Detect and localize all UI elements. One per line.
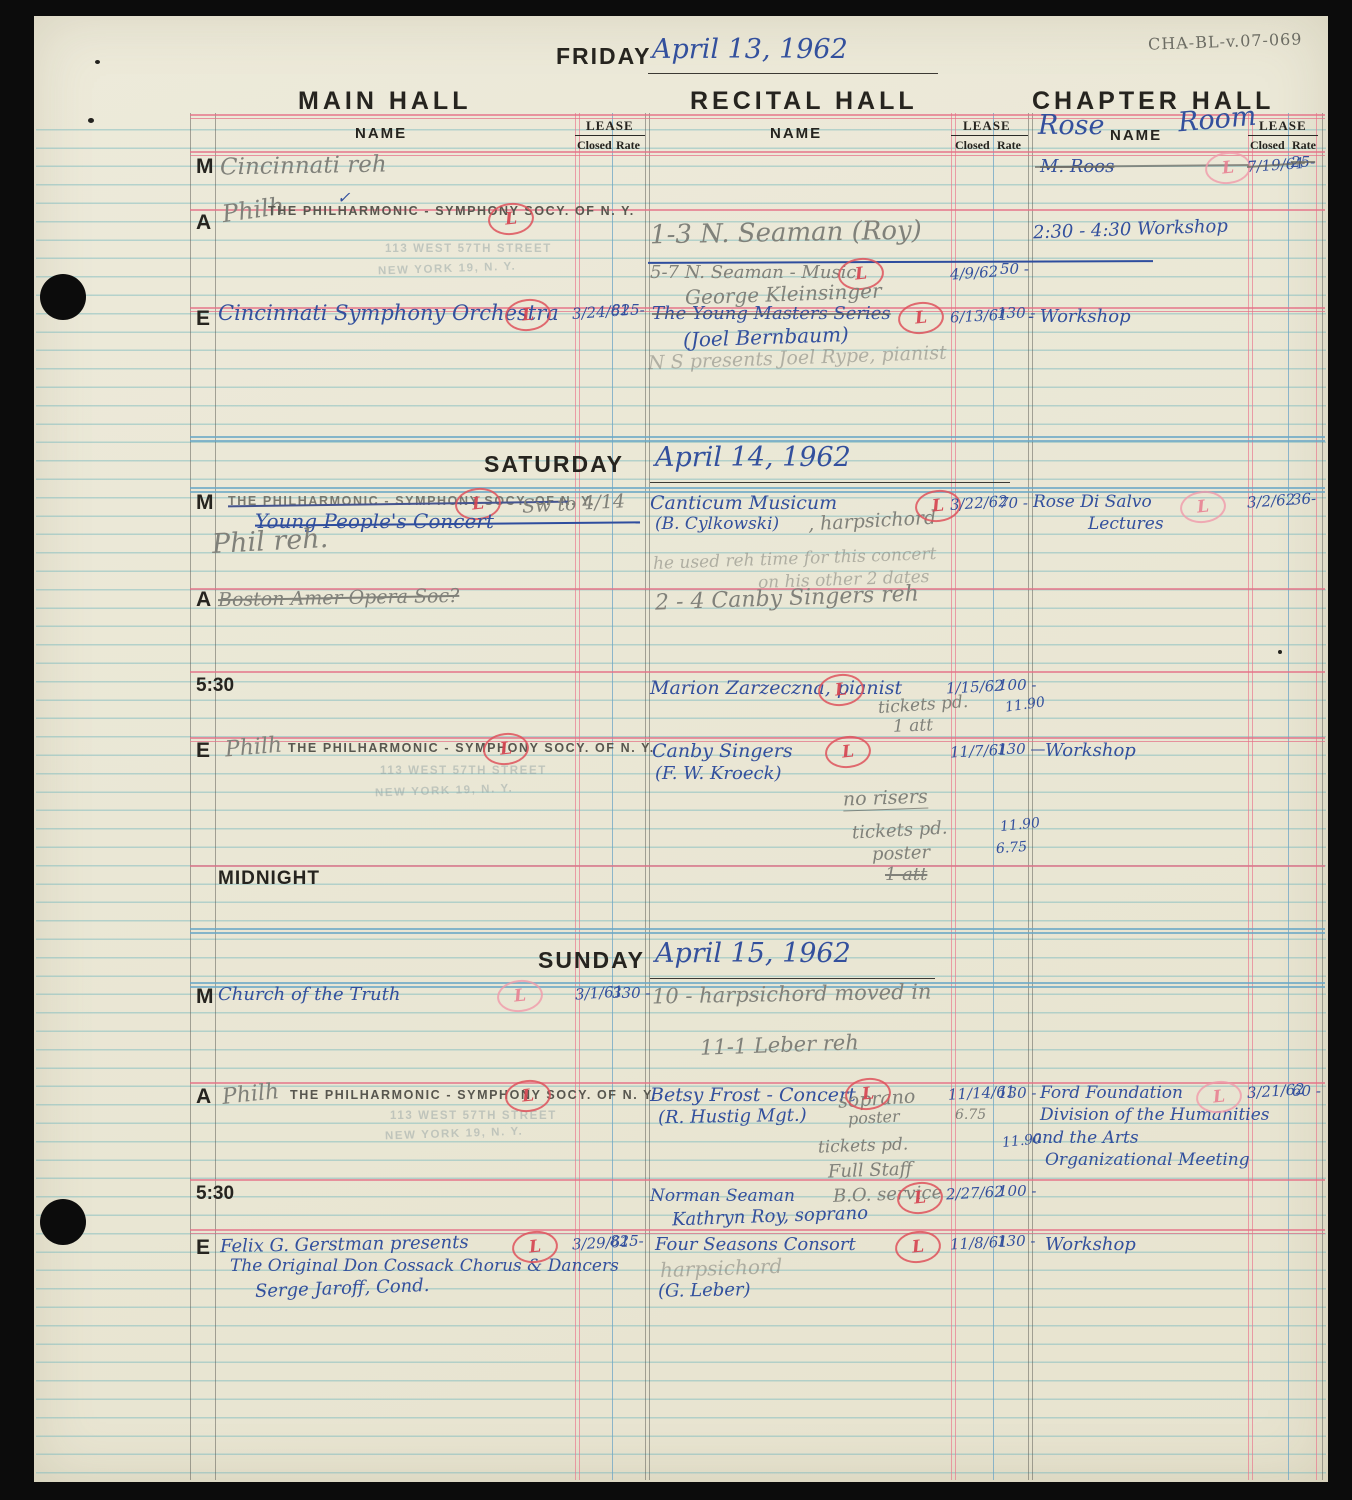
lease-letter: L [528, 1236, 542, 1257]
lease-letter: L [1212, 1086, 1226, 1107]
row-label-sunday-afternoon: A [196, 1086, 211, 1108]
entry-sunday-recital-evening-rate: 130 - [997, 1234, 1035, 1250]
grid-line [1252, 113, 1253, 1480]
date-friday: April 13, 1962 [652, 36, 848, 64]
grid-line [190, 737, 1325, 739]
entry-friday-recital-slot2-rate: 50 - [1000, 262, 1029, 278]
entry-sunday-recital-530-closed: 2/27/62 [946, 1184, 1005, 1203]
speck [88, 118, 94, 123]
grid-line [190, 118, 1325, 120]
lease-header-recital: LEASE [963, 119, 1011, 133]
entry-saturday-recital-evening-artist: (F. W. Kroeck) [655, 765, 782, 784]
column-title-main-hall: MAIN HALL [298, 88, 471, 114]
grid-line [190, 113, 191, 1480]
entry-saturday-recital-morning-name: Canticum Musicum [650, 494, 837, 514]
entry-saturday-chapter-morning-rate: 36- [1292, 491, 1317, 508]
lease-letter: L [911, 1236, 925, 1257]
column-title-recital-hall: RECITAL HALL [690, 88, 918, 114]
lease-letter: L [513, 985, 527, 1006]
entry-saturday-recital-evening-note3: poster [872, 844, 931, 865]
rate-header-chapter: Rate [1292, 139, 1316, 152]
row-label-sunday-530: 5:30 [196, 1184, 234, 1204]
entry-sunday-recital-evening-pencil: harpsichord [660, 1256, 783, 1281]
grid-line [190, 928, 1325, 930]
entry-friday-recital-slot3: The Young Masters Series [652, 305, 891, 324]
entry-sunday-recital-530-rate: 100 - [998, 1184, 1036, 1200]
entry-friday-main-morning: Cincinnati reh [220, 153, 387, 180]
grid-line [1248, 113, 1249, 1480]
chapter-room-note-right: Room [1177, 103, 1258, 138]
date-underline [650, 978, 935, 979]
row-label-friday-afternoon: A [196, 212, 211, 234]
lease-box-line [951, 135, 1028, 136]
entry-saturday-chapter-evening: Workshop [1045, 742, 1136, 761]
lease-header-chapter: LEASE [1259, 119, 1307, 133]
closed-header-recital: Closed [955, 139, 990, 152]
entry-sunday-main-evening-rate: 825- [610, 1234, 644, 1250]
artist-name: Marion Zarzeczna [650, 677, 825, 699]
row-label-sunday-morning: M [196, 986, 214, 1008]
entry-saturday-recital-evening-note1: no risers [843, 788, 928, 812]
entry-sunday-recital-afternoon-note2: tickets pd. [818, 1136, 909, 1157]
rate-header-recital: Rate [997, 139, 1021, 152]
philharmonic-stamp: THE PHILHARMONIC - SYMPHONY SOCY. OF N. … [268, 205, 635, 218]
entry-saturday-main-evening-abbrev: Philh [224, 734, 283, 762]
philharmonic-stamp-address: 113 WEST 57TH STREET [390, 1110, 557, 1122]
grid-line [649, 113, 650, 1480]
row-label-saturday-midnight: MIDNIGHT [218, 869, 320, 889]
lease-letter: L [834, 679, 848, 700]
entry-sunday-recital-evening-name: Four Seasons Consort [655, 1236, 856, 1255]
entry-sunday-recital-afternoon-note3: Full Staff [828, 1161, 913, 1183]
entry-saturday-chapter-morning-name: Rose Di Salvo [1033, 494, 1152, 512]
entry-sunday-chapter-evening: Workshop [1045, 1236, 1136, 1255]
name-header-recital: NAME [770, 126, 822, 142]
lease-letter: L [861, 1083, 875, 1104]
grid-line [215, 113, 216, 1480]
lease-letter: L [499, 738, 513, 759]
entry-sunday-main-morning-rate: 330 - [612, 986, 650, 1002]
grid-line [1288, 113, 1289, 1480]
grid-line [190, 865, 1325, 867]
scanned-ledger-page: CHA-BL-v.07-069 FRIDAY April 13, 1962 MA… [0, 0, 1352, 1500]
entry-friday-recital-slot2-closed: 4/9/62 [950, 264, 999, 283]
lease-letter: L [504, 208, 518, 229]
lease-letter: L [841, 741, 855, 762]
day-title-friday: FRIDAY [556, 44, 652, 68]
entry-friday-main-evening-rate: 825- [611, 303, 645, 319]
entry-sunday-recital-afternoon-note1: poster [848, 1109, 900, 1128]
entry-sunday-recital-afternoon-name: Betsy Frost - Concert [650, 1086, 856, 1106]
hole-punch [40, 1199, 86, 1245]
check-icon: ✓ [337, 190, 350, 207]
entry-saturday-recital-morning-rate: 70 - [999, 496, 1028, 512]
entry-friday-chapter-morning-rate: 25- [1291, 155, 1315, 171]
rate-header-main: Rate [616, 139, 640, 152]
day-title-sunday: SUNDAY [538, 948, 645, 972]
entry-saturday-recital-evening-note4: 1 att [885, 866, 927, 885]
row-label-sunday-evening: E [196, 1237, 210, 1259]
row-label-saturday-afternoon: A [196, 589, 211, 611]
entry-sunday-chapter-afternoon-line3: and the Arts [1032, 1130, 1139, 1148]
date-underline [648, 73, 938, 74]
lease-letter: L [521, 304, 535, 325]
lease-letter: L [1196, 496, 1210, 517]
lease-letter: L [1221, 157, 1235, 178]
entry-saturday-recital-530: Marion Zarzeczna, pianist [650, 679, 902, 699]
entry-sunday-recital-evening-artist: (G. Leber) [658, 1281, 751, 1302]
row-label-saturday-530: 5:30 [196, 676, 234, 696]
entry-saturday-recital-morning-artist: (B. Cylkowski) [655, 516, 779, 534]
entry-sunday-chapter-afternoon-line2: Division of the Humanities [1040, 1107, 1270, 1125]
grid-line [645, 113, 646, 1480]
row-label-friday-morning: M [196, 156, 214, 178]
day-title-saturday: SATURDAY [484, 452, 624, 476]
name-header-chapter: NAME [1110, 128, 1162, 144]
grid-line [1322, 113, 1323, 1480]
entry-sunday-chapter-afternoon-line1: Ford Foundation [1040, 1085, 1183, 1103]
row-label-saturday-evening: E [196, 740, 210, 762]
philharmonic-stamp-address: 113 WEST 57TH STREET [380, 765, 547, 777]
entry-saturday-recital-evening-name: Canby Singers [652, 742, 793, 762]
grid-line [190, 1179, 1325, 1181]
date-sunday: April 15, 1962 [655, 940, 851, 968]
closed-header-main: Closed [577, 139, 612, 152]
entry-saturday-recital-530-rate: 100 - [998, 678, 1036, 694]
lease-letter: L [914, 307, 928, 328]
entry-friday-recital-slot1: 1-3 N. Seaman (Roy) [650, 218, 922, 250]
lease-letter: L [931, 495, 945, 516]
entry-sunday-main-evening-line2: The Original Don Cossack Chorus & Dancer… [230, 1258, 619, 1276]
grid-line [190, 436, 1325, 438]
entry-sunday-main-morning-name: Church of the Truth [218, 986, 400, 1005]
grid-line [190, 487, 1325, 489]
lease-box-line [575, 135, 645, 136]
entry-sunday-recital-afternoon-rate: 130 - [998, 1086, 1036, 1102]
hole-punch [40, 274, 86, 320]
entry-sunday-chapter-afternoon-rate: 60 - [1292, 1084, 1321, 1100]
row-label-saturday-morning: M [196, 492, 214, 514]
entry-saturday-recital-530-note2: 1 att [893, 717, 934, 736]
philharmonic-stamp: THE PHILHARMONIC - SYMPHONY SOCY. OF N. … [290, 1089, 657, 1102]
lease-header-main: LEASE [586, 119, 634, 133]
speck [95, 60, 100, 64]
entry-sunday-recital-530-name: Norman Seaman [650, 1188, 795, 1206]
entry-sunday-recital-afternoon-artist: (R. Hustig Mgt.) [658, 1107, 807, 1128]
entry-sunday-recital-morning-note1: 10 - harpsichord moved in [652, 981, 932, 1008]
grid-line [1316, 113, 1317, 1480]
date-underline [650, 482, 1010, 483]
speck [1278, 650, 1282, 654]
date-saturday: April 14, 1962 [655, 444, 851, 472]
row-label-friday-evening: E [196, 308, 210, 330]
grid-line [190, 671, 1325, 673]
philharmonic-stamp: THE PHILHARMONIC - SYMPHONY SOCY. OF N. … [288, 742, 655, 755]
entry-sunday-chapter-afternoon-line4: Organizational Meeting [1045, 1152, 1250, 1170]
name-header-main: NAME [355, 126, 407, 142]
lease-letter: L [913, 1187, 927, 1208]
entry-saturday-main-afternoon-struck: Boston Amer Opera Soc? [218, 587, 460, 611]
entry-saturday-chapter-morning-closed: 3/2/62 [1247, 492, 1296, 511]
entry-friday-chapter-evening: - Workshop [1028, 308, 1131, 327]
entry-saturday-main-morning: Phil reh. [211, 525, 329, 559]
entry-saturday-recital-evening-fee2: 6.75 [996, 840, 1028, 857]
closed-header-chapter: Closed [1250, 139, 1285, 152]
entry-sunday-main-afternoon-abbrev: Philh [221, 1080, 280, 1109]
lease-letter: L [521, 1085, 535, 1106]
chapter-room-note-left: Rose [1038, 112, 1104, 140]
entry-saturday-chapter-morning-name2: Lectures [1088, 516, 1164, 534]
grid-line [190, 932, 1325, 934]
entry-sunday-recital-morning-note2: 11-1 Leber reh [700, 1031, 859, 1059]
grid-line [190, 1229, 1325, 1231]
philharmonic-stamp-address: 113 WEST 57TH STREET [385, 243, 552, 255]
entry-saturday-recital-evening-rate: 130 — [997, 742, 1045, 758]
lease-box-line [1248, 135, 1318, 136]
entry-sunday-recital-afternoon-fee1: 6.75 [955, 1108, 986, 1123]
